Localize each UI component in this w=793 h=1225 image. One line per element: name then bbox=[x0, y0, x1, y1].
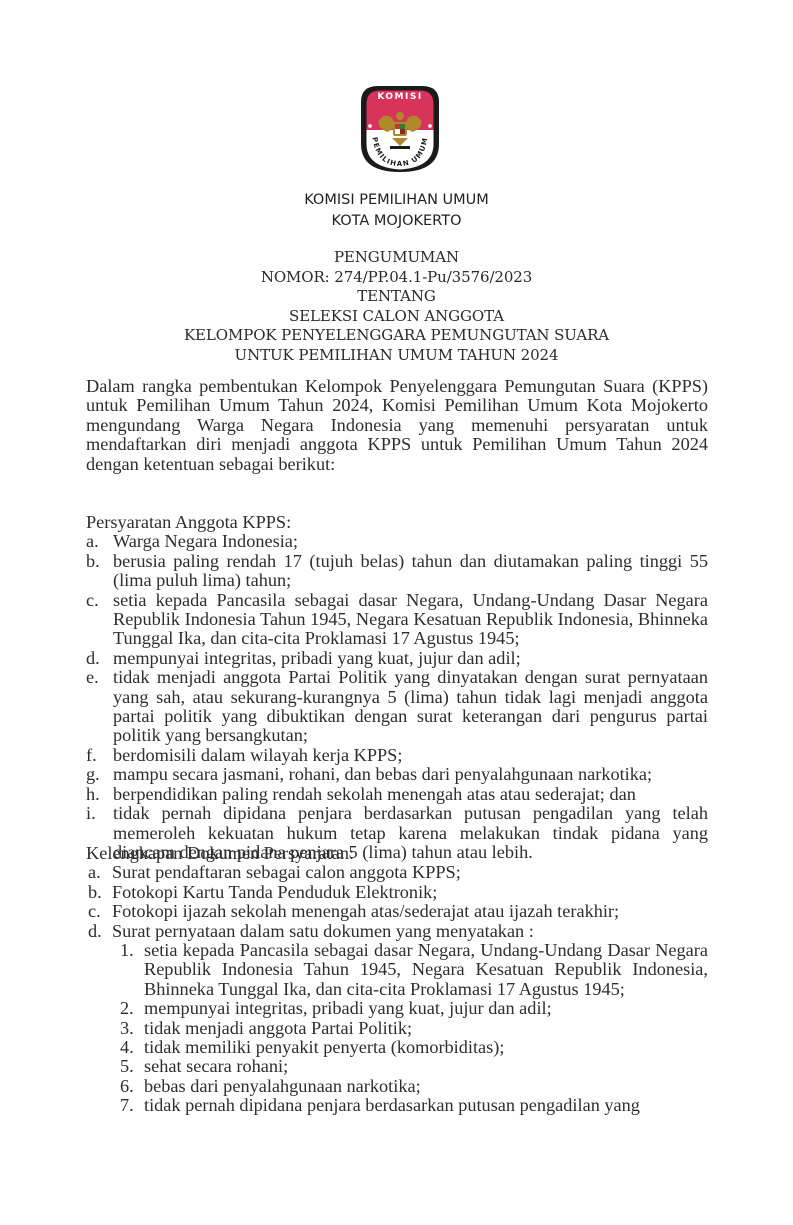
list-marker: d. bbox=[86, 649, 100, 668]
list-item-text: sehat secara rohani; bbox=[144, 1056, 288, 1076]
list-item-text: tidak memiliki penyakit penyerta (komorb… bbox=[144, 1037, 504, 1057]
documents-title: Kelengkapan Dokumen Persyaratan: bbox=[86, 844, 708, 863]
list-marker: f. bbox=[86, 746, 97, 765]
list-item: e.tidak menjadi anggota Partai Politik y… bbox=[86, 668, 708, 746]
list-item: b.berusia paling rendah 17 (tujuh belas)… bbox=[86, 552, 708, 591]
documents-section: Kelengkapan Dokumen Persyaratan: a.Surat… bbox=[86, 844, 708, 1116]
list-item: 7.tidak pernah dipidana penjara berdasar… bbox=[120, 1096, 708, 1115]
about-label: TENTANG bbox=[0, 287, 793, 307]
announcement-header: PENGUMUMAN NOMOR: 274/PP.04.1-Pu/3576/20… bbox=[0, 248, 793, 365]
list-item: 3.tidak menjadi anggota Partai Politik; bbox=[120, 1019, 708, 1038]
list-item-text: tidak menjadi anggota Partai Politik; bbox=[144, 1018, 412, 1038]
list-item: 6.bebas dari penyalahgunaan narkotika; bbox=[120, 1077, 708, 1096]
document-type: PENGUMUMAN bbox=[0, 248, 793, 268]
org-name: KOMISI PEMILIHAN UMUM bbox=[0, 190, 793, 211]
subject-line-1: SELEKSI CALON ANGGOTA bbox=[0, 307, 793, 327]
list-item: 2.mempunyai integritas, pribadi yang kua… bbox=[120, 999, 708, 1018]
list-item: d.Surat pernyataan dalam satu dokumen ya… bbox=[88, 922, 708, 1116]
list-item: g.mampu secara jasmani, rohani, dan beba… bbox=[86, 765, 708, 784]
list-marker: 6. bbox=[120, 1077, 134, 1096]
list-item: 5.sehat secara rohani; bbox=[120, 1057, 708, 1076]
list-item-text: berpendidikan paling rendah sekolah mene… bbox=[113, 784, 636, 804]
list-marker: b. bbox=[88, 883, 102, 902]
list-marker: a. bbox=[86, 532, 99, 551]
list-item-text: mempunyai integritas, pribadi yang kuat,… bbox=[144, 998, 552, 1018]
list-item: 1.setia kepada Pancasila sebagai dasar N… bbox=[120, 941, 708, 999]
list-item: c.Fotokopi ijazah sekolah menengah atas/… bbox=[88, 902, 708, 921]
list-marker: 2. bbox=[120, 999, 134, 1018]
list-marker: a. bbox=[88, 863, 101, 882]
list-item-text: mampu secara jasmani, rohani, dan bebas … bbox=[113, 764, 652, 784]
list-item-text: tidak menjadi anggota Partai Politik yan… bbox=[113, 667, 708, 745]
list-item: f.berdomisili dalam wilayah kerja KPPS; bbox=[86, 746, 708, 765]
list-marker: d. bbox=[88, 922, 102, 941]
kpu-logo: KOMISI PEMILIHAN UMUM bbox=[358, 86, 442, 172]
list-marker: 3. bbox=[120, 1019, 134, 1038]
list-marker: b. bbox=[86, 552, 100, 571]
garuda-emblem-icon: KOMISI PEMILIHAN UMUM bbox=[358, 86, 442, 172]
subject-line-3: UNTUK PEMILIHAN UMUM TAHUN 2024 bbox=[0, 346, 793, 366]
statement-list: 1.setia kepada Pancasila sebagai dasar N… bbox=[112, 941, 708, 1116]
requirements-list: a.Warga Negara Indonesia; b.berusia pali… bbox=[86, 532, 708, 862]
list-item: a.Warga Negara Indonesia; bbox=[86, 532, 708, 551]
list-marker: c. bbox=[86, 591, 99, 610]
list-item: 4.tidak memiliki penyakit penyerta (komo… bbox=[120, 1038, 708, 1057]
list-marker: h. bbox=[86, 785, 100, 804]
list-item-text: setia kepada Pancasila sebagai dasar Neg… bbox=[144, 940, 708, 999]
list-marker: 5. bbox=[120, 1057, 134, 1076]
list-item: c.setia kepada Pancasila sebagai dasar N… bbox=[86, 591, 708, 649]
list-item-text: Fotokopi ijazah sekolah menengah atas/se… bbox=[112, 901, 619, 921]
list-marker: c. bbox=[88, 902, 101, 921]
list-item-text: mempunyai integritas, pribadi yang kuat,… bbox=[113, 648, 521, 668]
list-item-text: Surat pernyataan dalam satu dokumen yang… bbox=[112, 921, 534, 941]
list-item-text: Fotokopi Kartu Tanda Penduduk Elektronik… bbox=[112, 882, 437, 902]
document-number: NOMOR: 274/PP.04.1-Pu/3576/2023 bbox=[0, 268, 793, 288]
documents-list: a.Surat pendaftaran sebagai calon anggot… bbox=[86, 863, 708, 1115]
svg-text:KOMISI: KOMISI bbox=[377, 92, 422, 102]
list-item: a.Surat pendaftaran sebagai calon anggot… bbox=[88, 863, 708, 882]
list-item-text: berdomisili dalam wilayah kerja KPPS; bbox=[113, 745, 402, 765]
org-city: KOTA MOJOKERTO bbox=[0, 211, 793, 232]
list-marker: e. bbox=[86, 668, 99, 687]
list-item-text: bebas dari penyalahgunaan narkotika; bbox=[144, 1076, 421, 1096]
list-item-text: setia kepada Pancasila sebagai dasar Neg… bbox=[113, 590, 708, 649]
requirements-section: Persyaratan Anggota KPPS: a.Warga Negara… bbox=[86, 513, 708, 862]
list-marker: i. bbox=[86, 804, 96, 823]
list-item-text: berusia paling rendah 17 (tujuh belas) t… bbox=[113, 551, 708, 590]
list-item-text: Surat pendaftaran sebagai calon anggota … bbox=[112, 862, 461, 882]
list-item: h.berpendidikan paling rendah sekolah me… bbox=[86, 785, 708, 804]
list-marker: 1. bbox=[120, 941, 134, 960]
list-item: d.mempunyai integritas, pribadi yang kua… bbox=[86, 649, 708, 668]
list-marker: 4. bbox=[120, 1038, 134, 1057]
intro-text: Dalam rangka pembentukan Kelompok Penyel… bbox=[86, 377, 708, 474]
requirements-title: Persyaratan Anggota KPPS: bbox=[86, 513, 708, 532]
subject-line-2: KELOMPOK PENYELENGGARA PEMUNGUTAN SUARA bbox=[0, 326, 793, 346]
document-page: KOMISI PEMILIHAN UMUM KOMISI PEMILIHAN U… bbox=[0, 0, 793, 1225]
list-marker: 7. bbox=[120, 1096, 134, 1115]
intro-paragraph: Dalam rangka pembentukan Kelompok Penyel… bbox=[86, 377, 708, 474]
list-item-text: tidak pernah dipidana penjara berdasarka… bbox=[144, 1095, 640, 1115]
list-item: b.Fotokopi Kartu Tanda Penduduk Elektron… bbox=[88, 883, 708, 902]
list-marker: g. bbox=[86, 765, 100, 784]
organization-header: KOMISI PEMILIHAN UMUM KOTA MOJOKERTO bbox=[0, 190, 793, 232]
list-item-text: Warga Negara Indonesia; bbox=[113, 531, 298, 551]
